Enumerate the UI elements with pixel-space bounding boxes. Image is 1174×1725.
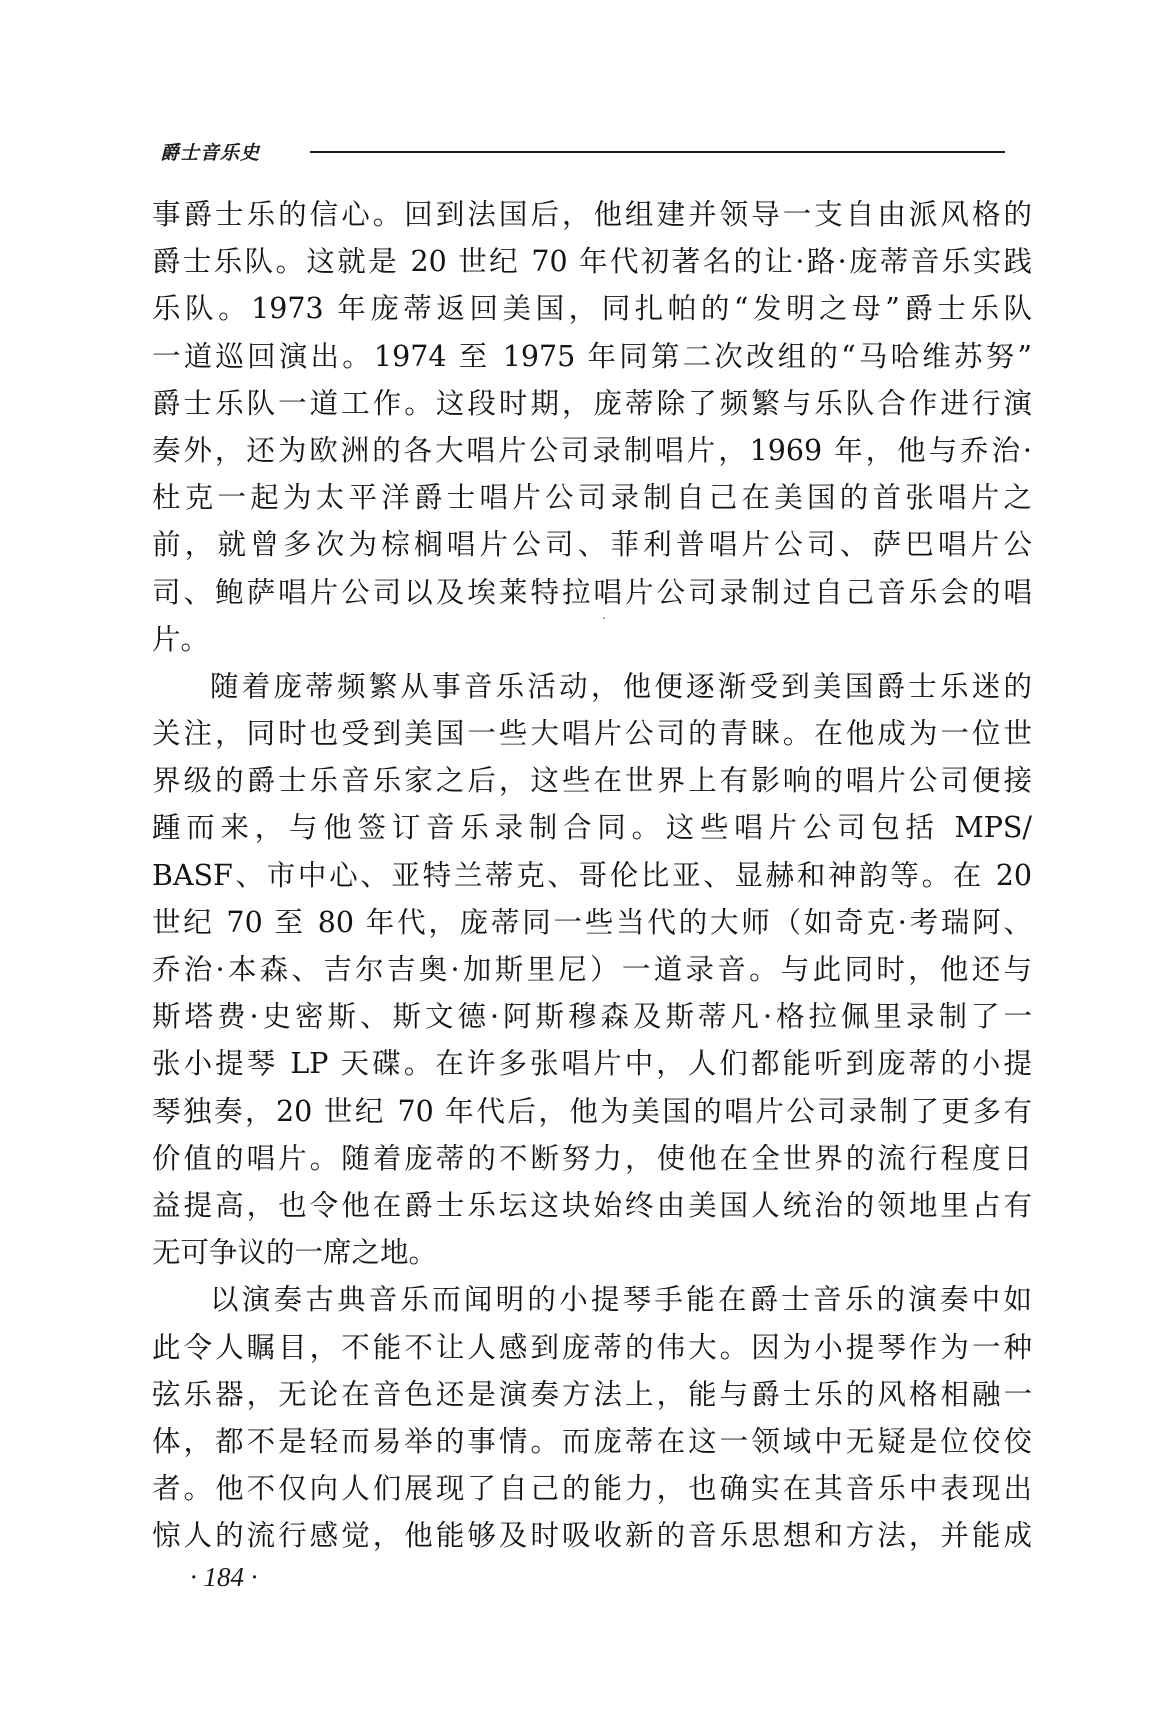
header-rule [310,151,1005,153]
text-line: 爵士乐队。这就是 20 世纪 70 年代初著名的让·路·庞蒂音乐实践 [152,242,1032,289]
text-line: 无可争议的一席之地。 [152,1233,1032,1280]
text-line: 片。 [152,620,1032,667]
text-line: 弦乐器，无论在音色还是演奏方法上，能与爵士乐的风格相融一 [152,1375,1032,1422]
text-line: 此令人瞩目，不能不让人感到庞蒂的伟大。因为小提琴作为一种 [152,1328,1032,1375]
paragraph-3: 以演奏古典音乐而闻明的小提琴手能在爵士音乐的演奏中如 此令人瞩目，不能不让人感到… [152,1280,1032,1563]
text-line: 价值的唱片。随着庞蒂的不断努力，使他在全世界的流行程度日 [152,1139,1032,1186]
text-line: 琴独奏，20 世纪 70 年代后，他为美国的唱片公司录制了更多有 [152,1092,1032,1139]
running-header: 爵士音乐史 [160,134,1005,168]
text-line: 惊人的流行感觉，他能够及时吸收新的音乐思想和方法，并能成 [152,1516,1032,1563]
page-number: · 184 · [190,1562,258,1593]
text-line: 前，就曾多次为棕榈唱片公司、菲利普唱片公司、萨巴唱片公 [152,525,1032,572]
text-line: 益提高，也令他在爵士乐坛这块始终由美国人统治的领地里占有 [152,1186,1032,1233]
text-line: 体，都不是轻而易举的事情。而庞蒂在这一领域中无疑是位佼佼 [152,1422,1032,1469]
paragraph-2: 随着庞蒂频繁从事音乐活动，他便逐渐受到美国爵士乐迷的 关注，同时也受到美国一些大… [152,667,1032,1280]
text-line: 世纪 70 至 80 年代，庞蒂同一些当代的大师（如奇克·考瑞阿、 [152,903,1032,950]
text-line: BASF、市中心、亚特兰蒂克、哥伦比亚、显赫和神韵等。在 20 [152,856,1032,903]
text-line: 关注，同时也受到美国一些大唱片公司的青睐。在他成为一位世 [152,714,1032,761]
text-line: 界级的爵士乐音乐家之后，这些在世界上有影响的唱片公司便接 [152,761,1032,808]
scan-speck [603,617,605,619]
text-line: 爵士乐队一道工作。这段时期，庞蒂除了频繁与乐队合作进行演 [152,384,1032,431]
text-line: 张小提琴 LP 天碟。在许多张唱片中，人们都能听到庞蒂的小提 [152,1044,1032,1091]
body-text: 事爵士乐的信心。回到法国后，他组建并领导一支自由派风格的 爵士乐队。这就是 20… [152,195,1032,1563]
text-line: 斯塔费·史密斯、斯文德·阿斯穆森及斯蒂凡·格拉佩里录制了一 [152,997,1032,1044]
text-line: 踵而来，与他签订音乐录制合同。这些唱片公司包括 MPS/ [152,808,1032,855]
text-line: 杜克一起为太平洋爵士唱片公司录制自己在美国的首张唱片之 [152,478,1032,525]
text-line: 乐队。1973 年庞蒂返回美国，同扎帕的“发明之母”爵士乐队 [152,289,1032,336]
text-line: 奏外，还为欧洲的各大唱片公司录制唱片，1969 年，他与乔治· [152,431,1032,478]
text-line: 一道巡回演出。1974 至 1975 年同第二次改组的“马哈维苏努” [152,337,1032,384]
text-line: 事爵士乐的信心。回到法国后，他组建并领导一支自由派风格的 [152,195,1032,242]
text-line: 者。他不仅向人们展现了自己的能力，也确实在其音乐中表现出 [152,1469,1032,1516]
text-line: 司、鲍萨唱片公司以及埃莱特拉唱片公司录制过自己音乐会的唱 [152,573,1032,620]
text-line: 随着庞蒂频繁从事音乐活动，他便逐渐受到美国爵士乐迷的 [152,667,1032,714]
text-line: 以演奏古典音乐而闻明的小提琴手能在爵士音乐的演奏中如 [152,1280,1032,1327]
running-title: 爵士音乐史 [160,138,260,165]
paragraph-1: 事爵士乐的信心。回到法国后，他组建并领导一支自由派风格的 爵士乐队。这就是 20… [152,195,1032,667]
book-page: 爵士音乐史 事爵士乐的信心。回到法国后，他组建并领导一支自由派风格的 爵士乐队。… [0,0,1174,1725]
text-line: 乔治·本森、吉尔吉奥·加斯里尼）一道录音。与此同时，他还与 [152,950,1032,997]
